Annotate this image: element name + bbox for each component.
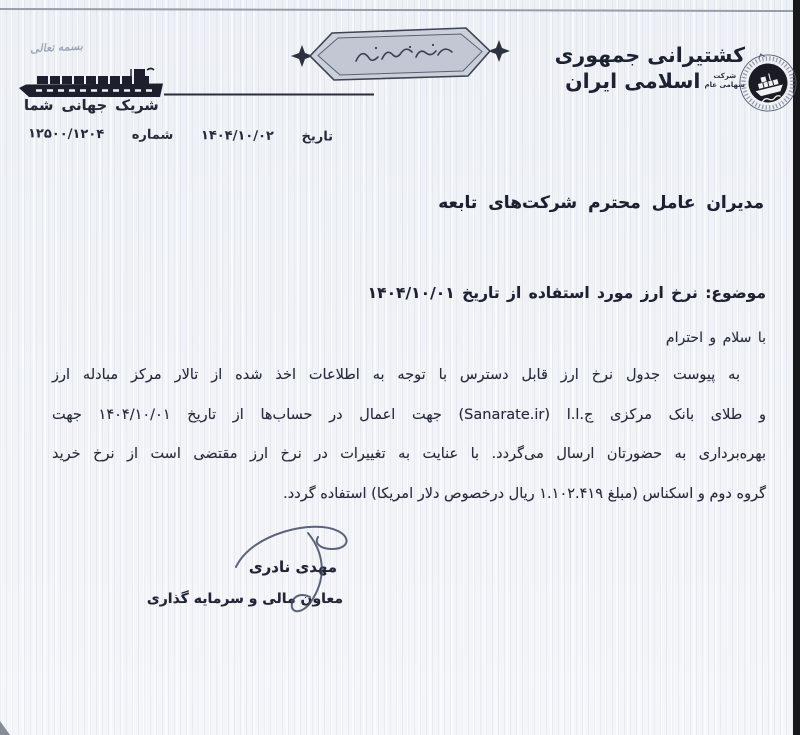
photo-corner-shadow (0, 721, 10, 735)
company-name-line2: اسلامی ایران (565, 69, 700, 93)
handwritten-signature-icon (222, 515, 402, 630)
number-label: شماره (132, 127, 174, 142)
company-name-line1: کشتیرانی جمهوری (545, 44, 745, 68)
company-name-block: کشتیرانی جمهوری شرکت سهامی عام اسلامی ای… (545, 44, 745, 93)
photo-top-edge (0, 8, 800, 12)
greeting-line: با سلام و احترام (666, 330, 766, 346)
company-roundel-ship-icon (737, 47, 799, 117)
letter-body: به پیوست جدول نرخ ارز قابل دسترس با توجه… (52, 356, 766, 514)
bismillah-text: بسمه تعالی (30, 40, 83, 56)
company-name-row2: شرکت سهامی عام اسلامی ایران (545, 69, 745, 93)
number-value: ۱۲۵۰۰/۱۲۰۴ (28, 126, 104, 142)
cartouche-calligraphy-icon (288, 24, 513, 84)
date-value: ۱۴۰۴/۱۰/۰۲ (201, 128, 274, 144)
body-line-2: و طلای بانک مرکزی ج.ا.ا (Sanarate.ir) جه… (52, 396, 766, 436)
body-line-3: بهره‌برداری به حضورتان ارسال می‌گردد. با… (52, 435, 766, 475)
recipient-line: مدیران عامل محترم شرکت‌های تابعه (438, 193, 764, 213)
letter-meta-row: تاریخ ۱۴۰۴/۱۰/۰۲ شماره ۱۲۵۰۰/۱۲۰۴ (28, 126, 333, 144)
date-label: تاریخ (301, 129, 333, 144)
company-tagline: شریک جهانی شما (24, 98, 159, 114)
scanned-letter-page: بسمه تعالی شریک جهانی شما تاریخ ۱۴۰۴/۱۰/… (0, 0, 800, 735)
subject-line: موضوع: نرخ ارز مورد استفاده از تاریخ ۱۴۰… (368, 284, 766, 302)
body-line-4: گروه دوم و اسکناس (مبلغ ۱.۱۰۲.۴۱۹ ریال د… (52, 475, 766, 515)
body-line-1: به پیوست جدول نرخ ارز قابل دسترس با توجه… (52, 356, 766, 396)
